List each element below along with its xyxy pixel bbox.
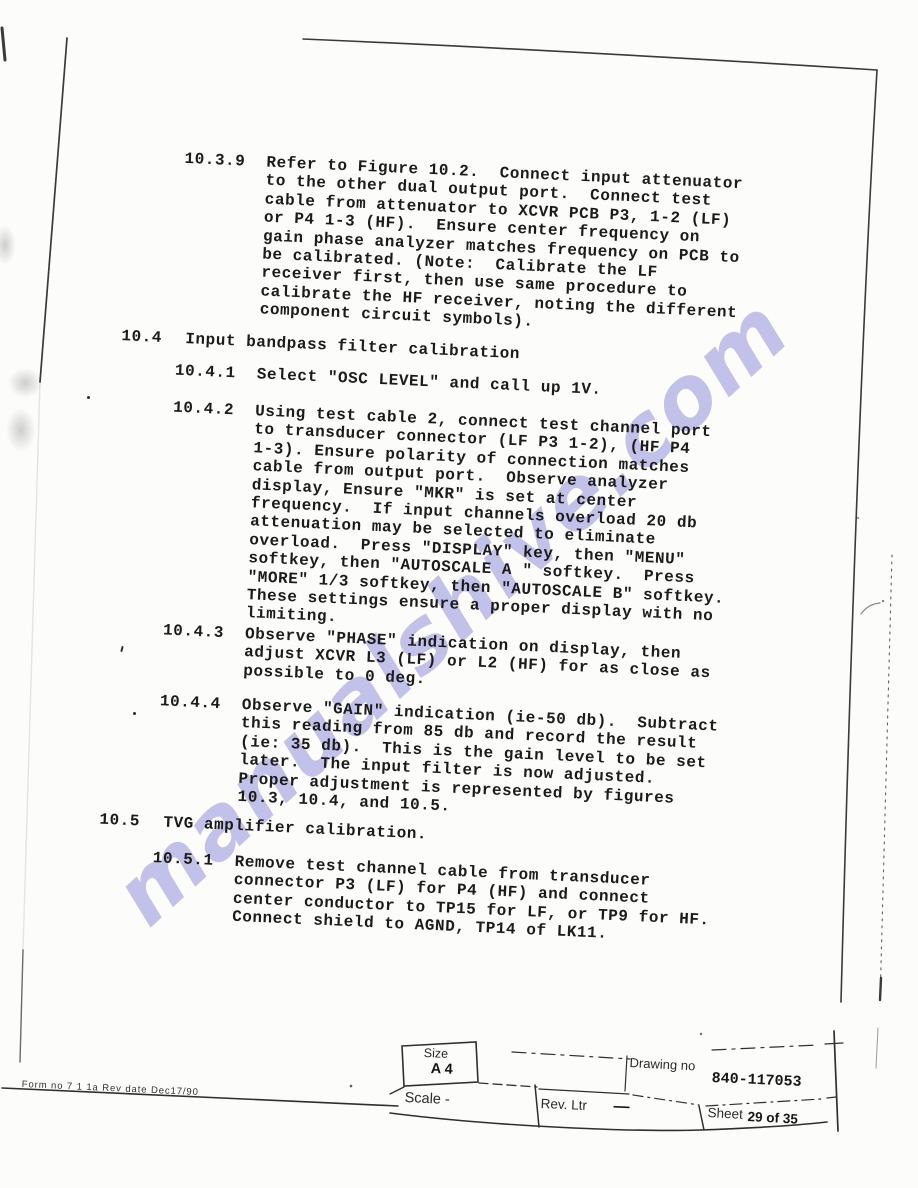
- section-text: Refer to Figure 10.2. Connect input atte…: [259, 154, 743, 341]
- section-text: Remove test channel cable from transduce…: [232, 853, 712, 948]
- rev-ltr-label: Rev. Ltr: [540, 1096, 587, 1113]
- scanned-manual-page: manualshive.com: [0, 0, 918, 1188]
- sheet-value: 29 of 35: [747, 1109, 798, 1127]
- sheet-label: Sheet: [707, 1105, 743, 1122]
- section-10.4.2: 10.4.2Using test cable 2, connect test c…: [89, 395, 828, 429]
- scan-speck: [133, 712, 136, 715]
- section-number: 10.5.1: [152, 849, 214, 870]
- section-number: 10.5: [99, 811, 140, 831]
- section-text: TVG amplifier calibration.: [163, 814, 428, 844]
- section-number: 10.4: [121, 327, 162, 347]
- size-label: Size: [424, 1046, 449, 1061]
- section-number: 10.4.2: [173, 399, 235, 420]
- section-number: 10.3.9: [184, 150, 246, 171]
- size-value: A 4: [430, 1061, 453, 1078]
- section-10.4.1: 10.4.1Select "OSC LEVEL" and call up 1V.: [90, 358, 829, 392]
- section-text: Observe "GAIN" indication (ie-50 db). Su…: [237, 696, 719, 828]
- section-number: 10.4.1: [174, 362, 236, 383]
- section-number: 10.4.4: [159, 692, 221, 713]
- section-text: Select "OSC LEVEL" and call up 1V.: [256, 365, 602, 399]
- scan-speck: [87, 396, 90, 399]
- rev-ltr-value: —: [613, 1098, 630, 1117]
- section-10.5.1: 10.5.1Remove test channel cable from tra…: [68, 845, 807, 879]
- document-body: 10.3.9Refer to Figure 10.2. Connect inpu…: [56, 146, 839, 1139]
- section-text: Input bandpass filter calibration: [185, 330, 521, 364]
- scale-label: Scale -: [404, 1090, 450, 1108]
- section-number: 10.4.3: [163, 621, 225, 642]
- section-text: Using test cable 2, connect test channel…: [246, 402, 733, 644]
